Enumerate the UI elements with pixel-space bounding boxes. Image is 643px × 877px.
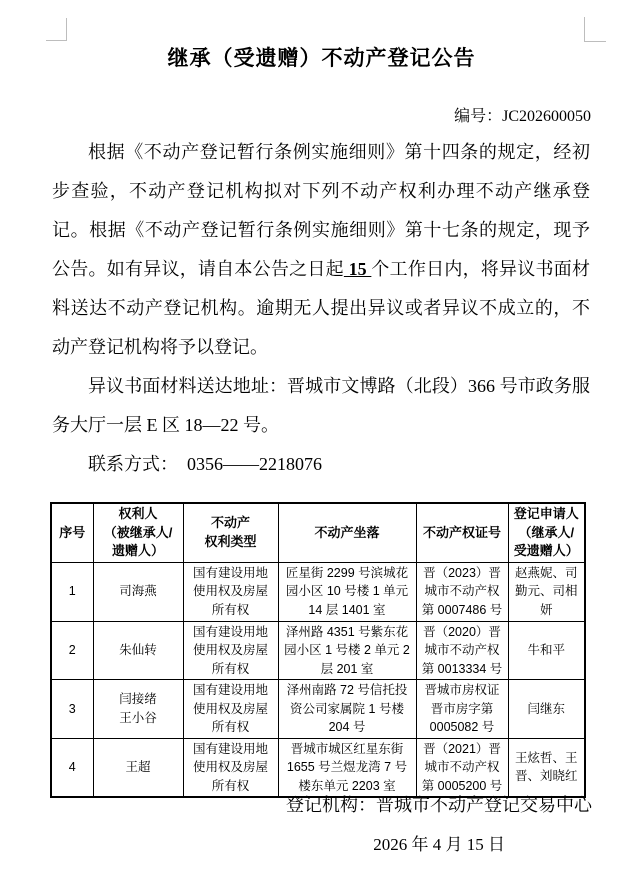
page-title: 继承（受遗赠）不动产登记公告 [0, 42, 643, 72]
cell-location: 泽州路 4351 号紫东花 园小区 1 号楼 2 单元 2 层 201 室 [278, 621, 416, 680]
header-seq: 序号 [51, 503, 93, 562]
table-header-row: 序号 权利人 （被继承人/ 遗赠人） 不动产 权利类型 不动产坐落 不动产权证号… [51, 503, 585, 562]
announcement-table: 序号 权利人 （被继承人/ 遗赠人） 不动产 权利类型 不动产坐落 不动产权证号… [50, 502, 586, 798]
cell-applicant: 闫继东 [508, 680, 585, 739]
announcement-date: 2026 年 4 月 15 日 [373, 830, 505, 855]
paragraph-contact: 联系方式： 0356——2218076 [52, 445, 590, 484]
header-location: 不动产坐落 [278, 503, 416, 562]
header-right-holder: 权利人 （被继承人/ 遗赠人） [93, 503, 183, 562]
cell-location: 晋城市城区红星东街 1655 号兰煜龙湾 7 号 楼东单元 2203 室 [278, 738, 416, 797]
objection-days-value: 15 [344, 259, 371, 279]
paragraph-address: 异议书面材料送达地址：晋城市文博路（北段）366 号市政务服务大厅一层 E 区 … [52, 367, 590, 445]
cell-cert-number: 晋（2021）晋 城市不动产权 第 0005200 号 [416, 738, 508, 797]
margin-crop-mark-top-left [46, 18, 67, 41]
doc-number: 编号：JC202600050 [454, 103, 591, 126]
cell-seq: 1 [51, 562, 93, 621]
body-text: 根据《不动产登记暂行条例实施细则》第十四条的规定，经初步查验，不动产登记机构拟对… [52, 133, 590, 484]
cell-applicant: 王炫哲、王 晋、刘晓红 [508, 738, 585, 797]
table-row: 3 闫接绪 王小谷 国有建设用地 使用权及房屋 所有权 泽州南路 72 号信托投… [51, 680, 585, 739]
paragraph-main: 根据《不动产登记暂行条例实施细则》第十四条的规定，经初步查验，不动产登记机构拟对… [52, 133, 590, 367]
header-right-type: 不动产 权利类型 [183, 503, 278, 562]
cell-right-type: 国有建设用地 使用权及房屋 所有权 [183, 680, 278, 739]
cell-applicant: 赵燕妮、司 勤元、司相 妍 [508, 562, 585, 621]
cell-right-type: 国有建设用地 使用权及房屋 所有权 [183, 738, 278, 797]
cell-seq: 2 [51, 621, 93, 680]
cell-cert-number: 晋（2020）晋 城市不动产权 第 0013334 号 [416, 621, 508, 680]
registration-authority: 登记机构：晋城市不动产登记交易中心 [286, 791, 592, 817]
cell-right-type: 国有建设用地 使用权及房屋 所有权 [183, 621, 278, 680]
cell-location: 泽州南路 72 号信托投 资公司家属院 1 号楼 204 号 [278, 680, 416, 739]
header-cert-number: 不动产权证号 [416, 503, 508, 562]
cell-seq: 3 [51, 680, 93, 739]
cell-location: 匠星街 2299 号滨城花 园小区 10 号楼 1 单元 14 层 1401 室 [278, 562, 416, 621]
cell-right-holder: 闫接绪 王小谷 [93, 680, 183, 739]
notice-document: 继承（受遗赠）不动产登记公告 编号：JC202600050 根据《不动产登记暂行… [0, 0, 643, 877]
header-applicant: 登记申请人 （继承人/ 受遗赠人） [508, 503, 585, 562]
cell-right-holder: 司海燕 [93, 562, 183, 621]
cell-cert-number: 晋（2023）晋 城市不动产权 第 0007486 号 [416, 562, 508, 621]
table-row: 4 王超 国有建设用地 使用权及房屋 所有权 晋城市城区红星东街 1655 号兰… [51, 738, 585, 797]
cell-cert-number: 晋城市房权证 晋市房字第 0005082 号 [416, 680, 508, 739]
cell-applicant: 牛和平 [508, 621, 585, 680]
margin-crop-mark-top-right [584, 17, 606, 42]
cell-right-type: 国有建设用地 使用权及房屋 所有权 [183, 562, 278, 621]
cell-right-holder: 王超 [93, 738, 183, 797]
cell-seq: 4 [51, 738, 93, 797]
table-row: 2 朱仙转 国有建设用地 使用权及房屋 所有权 泽州路 4351 号紫东花 园小… [51, 621, 585, 680]
table-row: 1 司海燕 国有建设用地 使用权及房屋 所有权 匠星街 2299 号滨城花 园小… [51, 562, 585, 621]
cell-right-holder: 朱仙转 [93, 621, 183, 680]
